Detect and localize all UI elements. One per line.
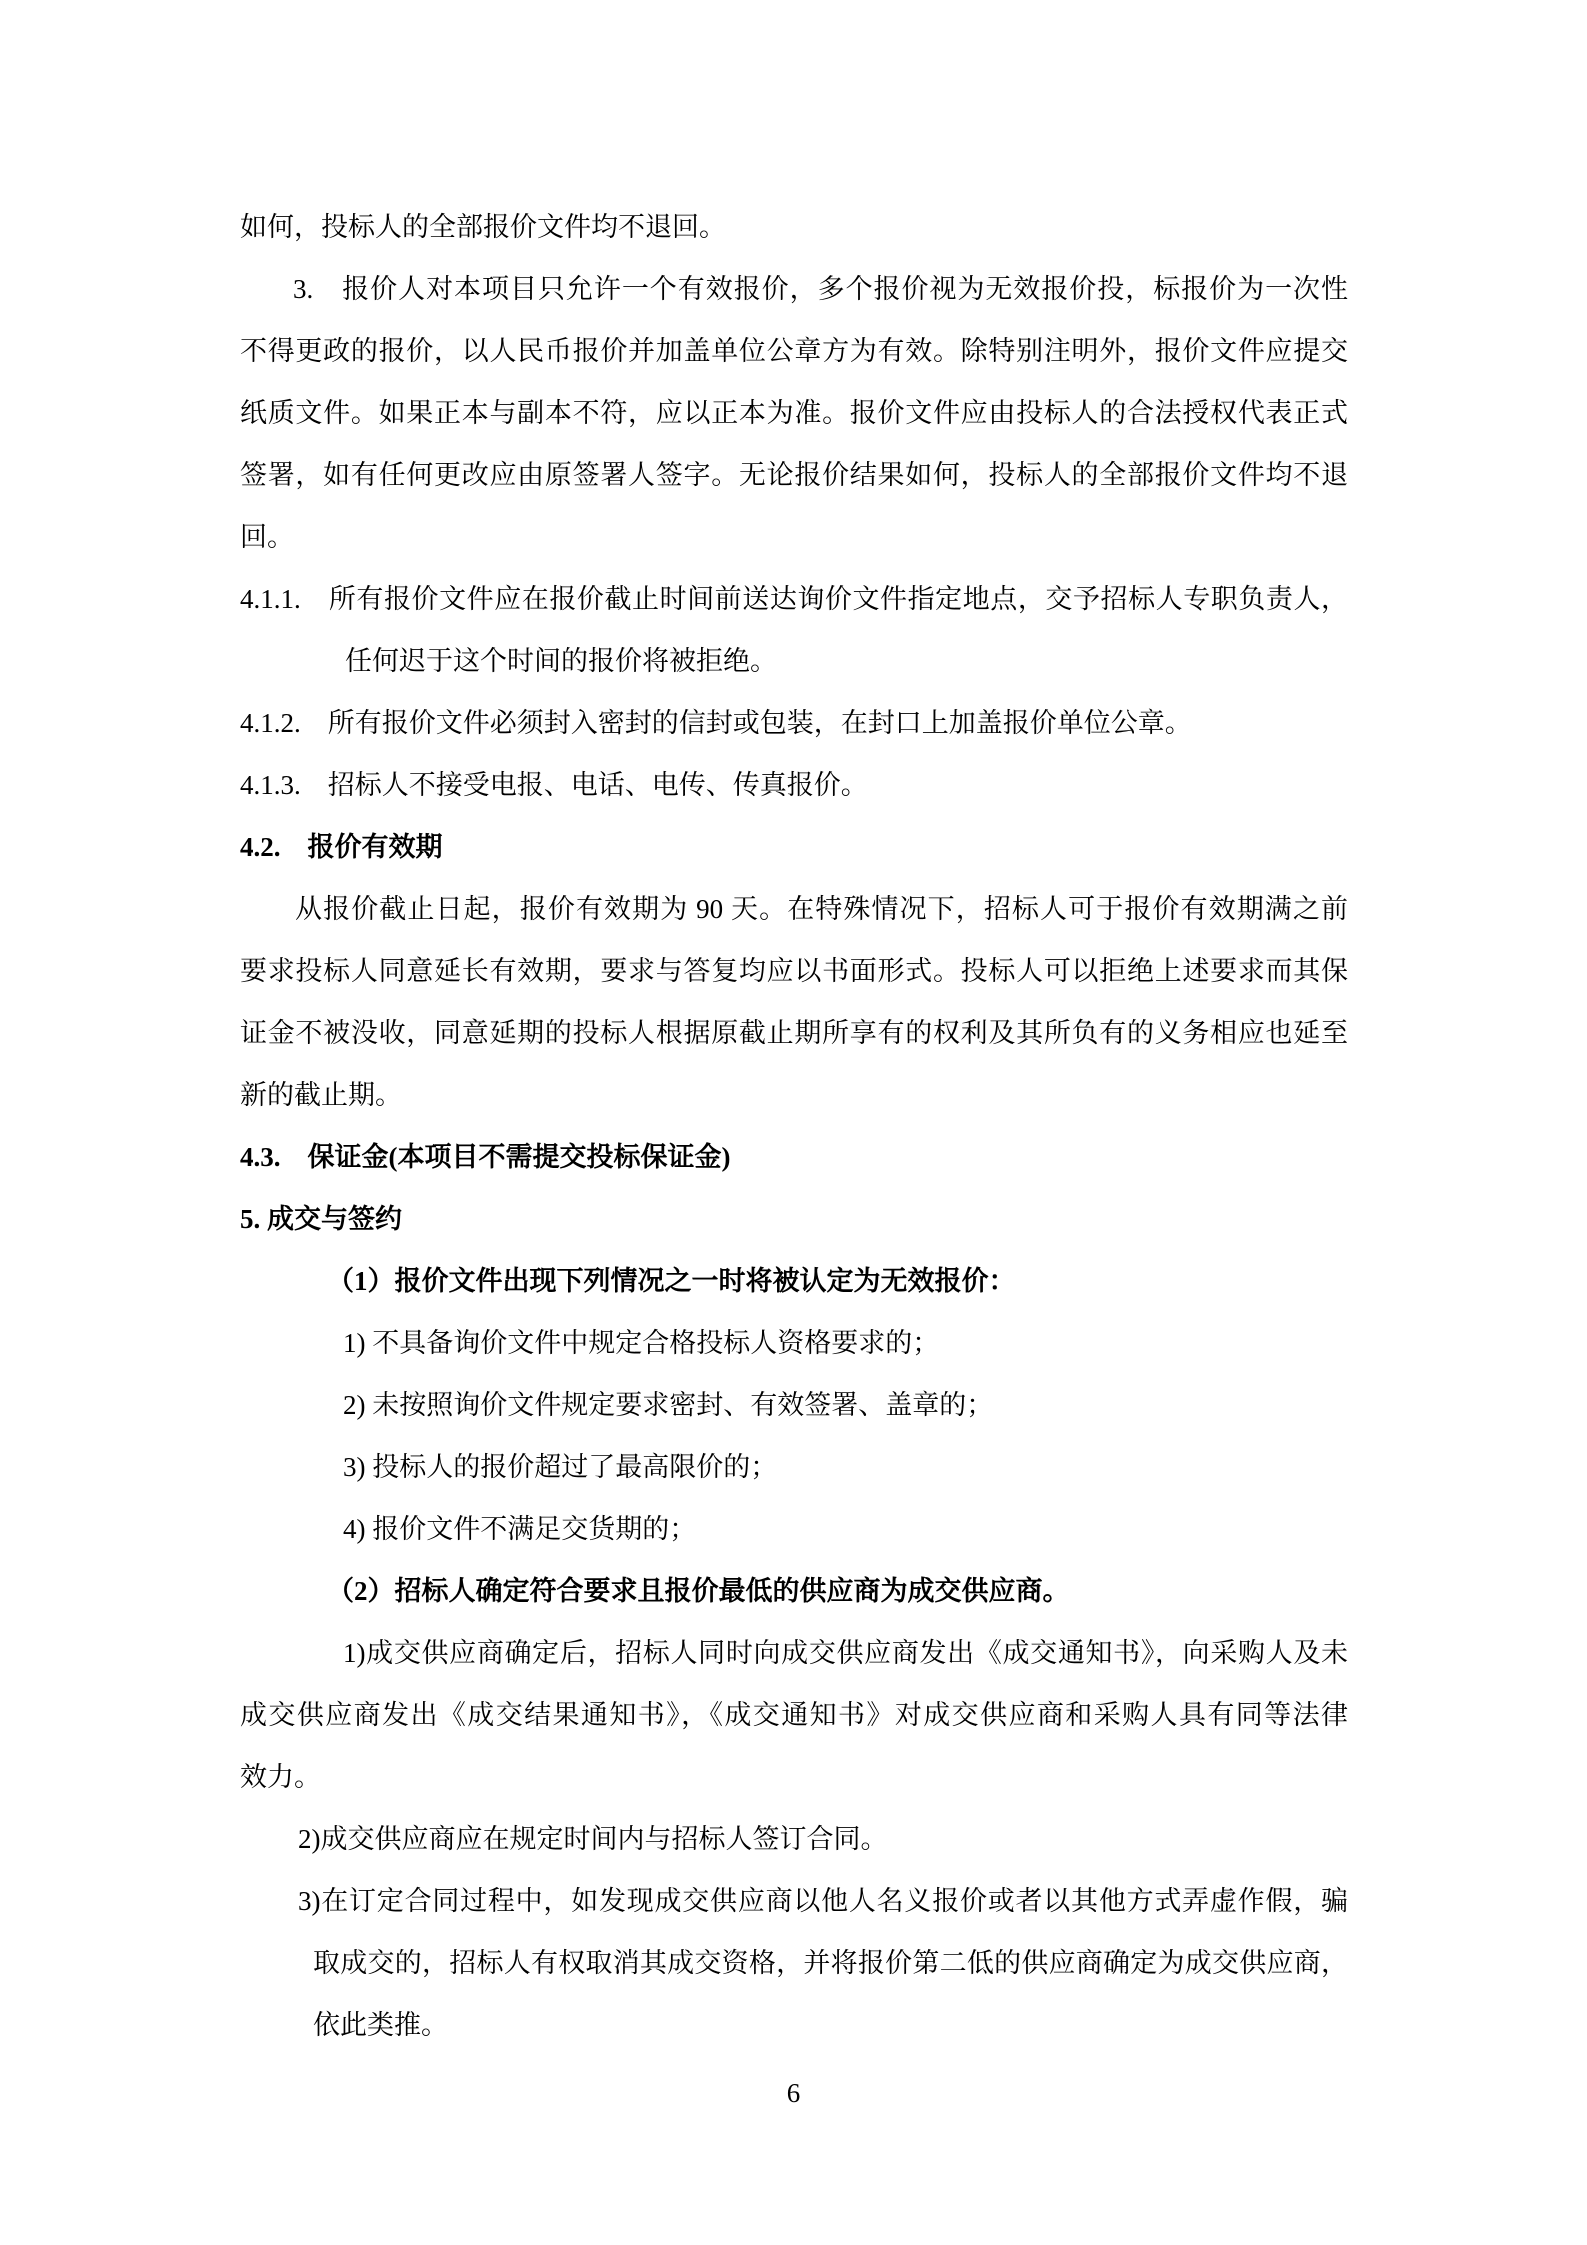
text-line: 签署，如有任何更改应由原签署人签字。无论报价结果如何，投标人的全部报价文件均不退: [240, 444, 1348, 506]
text-line: 4.2. 报价有效期: [240, 816, 1348, 878]
text-line: 3)在订定合同过程中，如发现成交供应商以他人名义报价或者以其他方式弄虚作假，骗: [240, 1870, 1348, 1932]
text-line: 从报价截止日起，报价有效期为 90 天。在特殊情况下，招标人可于报价有效期满之前: [240, 878, 1348, 940]
text-line: 取成交的，招标人有权取消其成交资格，并将报价第二低的供应商确定为成交供应商，: [240, 1932, 1348, 1994]
text-line: 成交供应商发出《成交结果通知书》，《成交通知书》对成交供应商和采购人具有同等法律: [240, 1684, 1348, 1746]
text-line: 2)成交供应商应在规定时间内与招标人签订合同。: [240, 1808, 1348, 1870]
text-line: 4.1.2. 所有报价文件必须封入密封的信封或包装，在封口上加盖报价单位公章。: [240, 692, 1348, 754]
document-page: 如何，投标人的全部报价文件均不退回。3. 报价人对本项目只允许一个有效报价，多个…: [0, 0, 1587, 2245]
text-line: 4.3. 保证金(本项目不需提交投标保证金): [240, 1126, 1348, 1188]
text-line: 5. 成交与签约: [240, 1188, 1348, 1250]
text-line: （2）招标人确定符合要求且报价最低的供应商为成交供应商。: [240, 1560, 1348, 1622]
text-line: 3) 投标人的报价超过了最高限价的；: [240, 1436, 1348, 1498]
text-line: 1)成交供应商确定后，招标人同时向成交供应商发出《成交通知书》，向采购人及未: [240, 1622, 1348, 1684]
text-line: 如何，投标人的全部报价文件均不退回。: [240, 196, 1348, 258]
text-line: 不得更政的报价，以人民币报价并加盖单位公章方为有效。除特别注明外，报价文件应提交: [240, 320, 1348, 382]
text-line: 证金不被没收，同意延期的投标人根据原截止期所享有的权利及其所负有的义务相应也延至: [240, 1002, 1348, 1064]
text-line: 新的截止期。: [240, 1064, 1348, 1126]
text-line: 依此类推。: [240, 1994, 1348, 2056]
document-body: 如何，投标人的全部报价文件均不退回。3. 报价人对本项目只允许一个有效报价，多个…: [240, 196, 1348, 2056]
text-line: 1) 不具备询价文件中规定合格投标人资格要求的；: [240, 1312, 1348, 1374]
text-line: 任何迟于这个时间的报价将被拒绝。: [240, 630, 1348, 692]
text-line: （1）报价文件出现下列情况之一时将被认定为无效报价：: [240, 1250, 1348, 1312]
text-line: 效力。: [240, 1746, 1348, 1808]
text-line: 4.1.3. 招标人不接受电报、电话、电传、传真报价。: [240, 754, 1348, 816]
text-line: 3. 报价人对本项目只允许一个有效报价，多个报价视为无效报价投，标报价为一次性: [240, 258, 1348, 320]
page-number: 6: [0, 2062, 1587, 2124]
text-line: 要求投标人同意延长有效期，要求与答复均应以书面形式。投标人可以拒绝上述要求而其保: [240, 940, 1348, 1002]
text-line: 纸质文件。如果正本与副本不符，应以正本为准。报价文件应由投标人的合法授权代表正式: [240, 382, 1348, 444]
text-line: 2) 未按照询价文件规定要求密封、有效签署、盖章的；: [240, 1374, 1348, 1436]
text-line: 回。: [240, 506, 1348, 568]
text-line: 4) 报价文件不满足交货期的；: [240, 1498, 1348, 1560]
text-line: 4.1.1. 所有报价文件应在报价截止时间前送达询价文件指定地点，交予招标人专职…: [240, 568, 1348, 630]
